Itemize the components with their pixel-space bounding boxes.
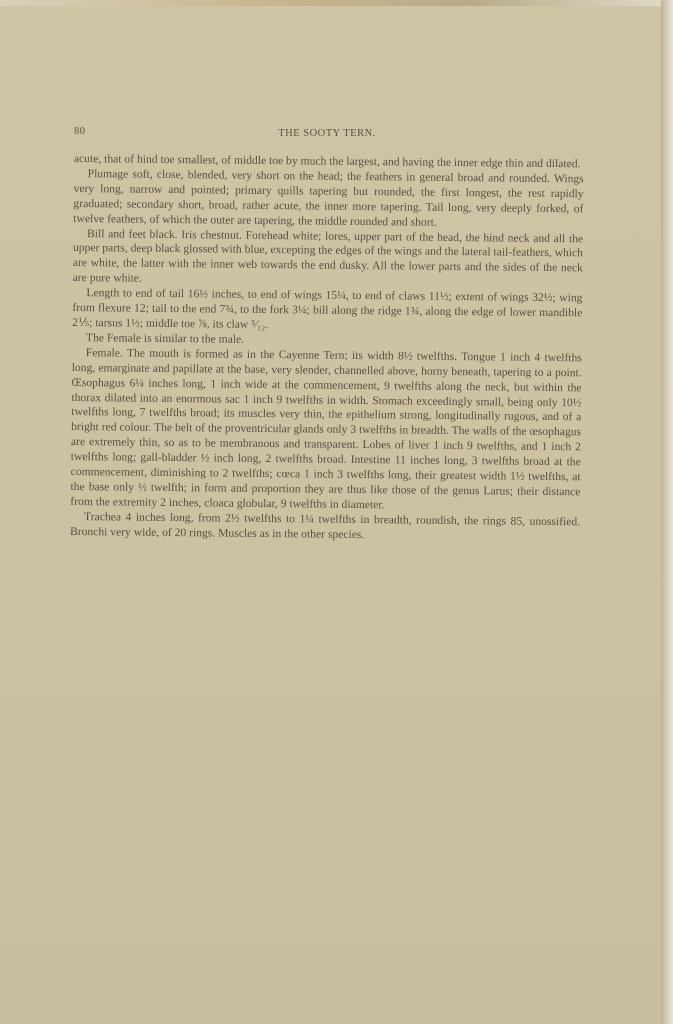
body-text: acute, that of hind toe smallest, of mid… — [70, 152, 584, 545]
page-header: 80 THE SOOTY TERN. — [74, 126, 580, 144]
page-right-edge — [661, 0, 673, 1024]
paragraph: Female. The mouth is formed as in the Ca… — [70, 346, 582, 515]
paragraph: Trachea 4 inches long, from 2½ twelfths … — [70, 510, 580, 545]
running-head: THE SOOTY TERN. — [74, 128, 580, 139]
paragraph: Length to end of tail 16½ inches, to end… — [72, 286, 582, 336]
paragraph: Bill and feet black. Iris chestnut. Fore… — [73, 227, 584, 292]
paragraph: Plumage soft, close, blended, very short… — [73, 167, 584, 232]
